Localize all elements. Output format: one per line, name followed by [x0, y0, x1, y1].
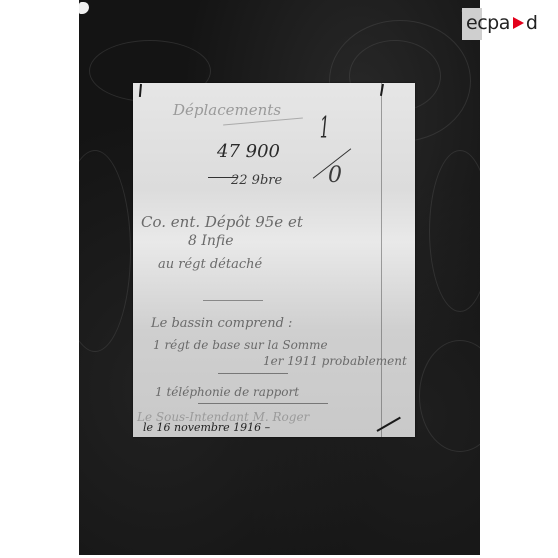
- handwritten-note: Déplacements 47 900 22 9bre 1 0 Co. ent.…: [133, 83, 415, 437]
- note-number: 47 900: [217, 141, 280, 162]
- divider-3: [198, 403, 328, 404]
- section-line-4: 1 téléphonie de rapport: [155, 385, 299, 399]
- fraction-top: 1: [320, 111, 330, 146]
- pin-top-left: [139, 84, 142, 97]
- ecpad-logo: ecpad: [462, 8, 551, 40]
- section-line-3: 1er 1911 probablement: [263, 354, 407, 368]
- logo-text: ecpad: [466, 12, 537, 34]
- section-line-1: Le bassin comprend :: [151, 316, 292, 331]
- divider-2: [218, 373, 288, 374]
- pin-top-right: [380, 84, 384, 96]
- paper-fold: [381, 83, 382, 437]
- section-line-2: 1 régt de base sur la Somme: [153, 338, 328, 352]
- note-date-sub: 22 9bre: [231, 173, 282, 188]
- play-arrow-icon: [513, 17, 524, 29]
- body-line-1: Co. ent. Dépôt 95e et: [141, 213, 303, 231]
- body-line-3: au régt détaché: [158, 257, 262, 272]
- fraction-bottom: 0: [328, 163, 342, 188]
- divider-1: [203, 300, 263, 301]
- note-header: Déplacements: [173, 101, 281, 119]
- note-date: le 16 novembre 1916 –: [143, 421, 270, 434]
- body-line-2: 8 Infie: [188, 233, 234, 249]
